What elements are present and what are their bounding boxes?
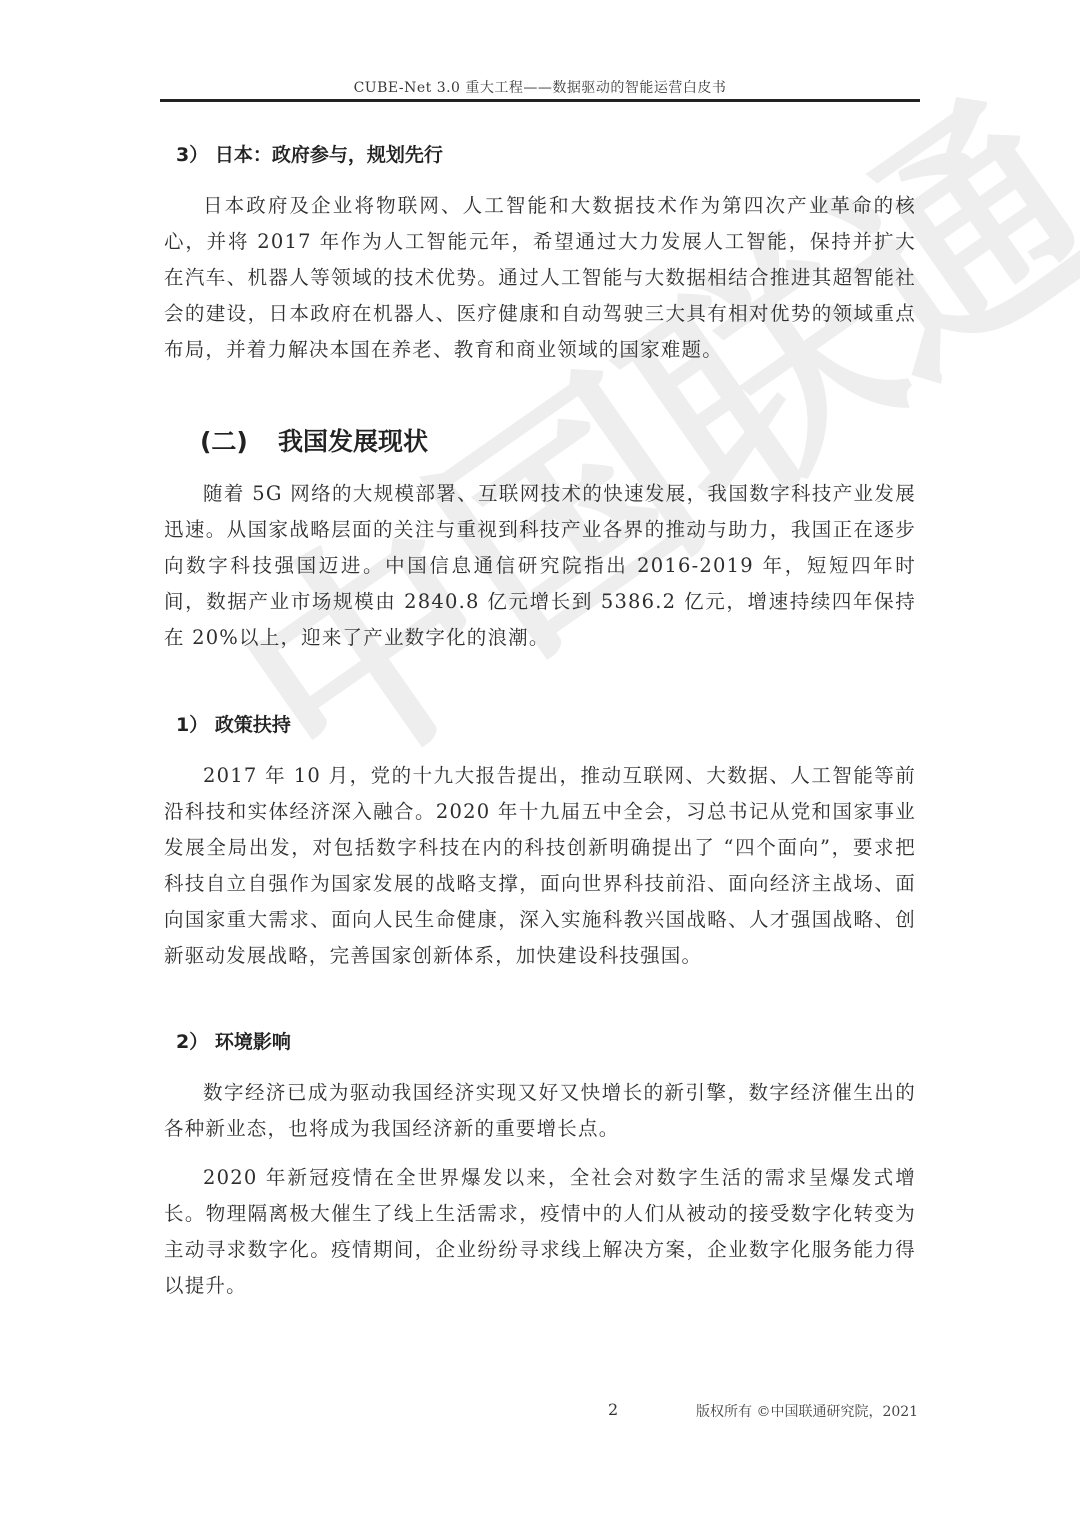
subsection-heading-environment: 2） 环境影响 (176, 1027, 291, 1054)
copyright-notice: 版权所有 ©中国联通研究院，2021 (696, 1401, 918, 1421)
paragraph-environment-1: 数字经济已成为驱动我国经济实现又好又快增长的新引擎，数字经济催生出的各种新业态，… (164, 1075, 916, 1147)
paragraph-chapter-intro: 随着 5G 网络的大规模部署、互联网技术的快速发展，我国数字科技产业发展迅速。从… (164, 476, 916, 656)
subsection-heading-policy: 1） 政策扶持 (176, 710, 291, 737)
page-number: 2 (608, 1400, 618, 1419)
chapter-title: 我国发展现状 (278, 427, 428, 456)
chapter-heading: (二)我国发展现状 (200, 422, 428, 458)
paragraph-policy: 2017 年 10 月，党的十九大报告提出，推动互联网、大数据、人工智能等前沿科… (164, 758, 916, 974)
document-page: 中国联通 CUBE-Net 3.0 重大工程——数据驱动的智能运营白皮书 3） … (0, 0, 1080, 1527)
paragraph-environment-2: 2020 年新冠疫情在全世界爆发以来，全社会对数字生活的需求呈爆发式增长。物理隔… (164, 1160, 916, 1304)
paragraph-japan: 日本政府及企业将物联网、人工智能和大数据技术作为第四次产业革命的核心，并将 20… (164, 188, 916, 368)
header-divider (160, 99, 920, 102)
running-header: CUBE-Net 3.0 重大工程——数据驱动的智能运营白皮书 (160, 77, 920, 97)
chapter-number: (二) (200, 422, 278, 458)
section-heading-japan: 3） 日本：政府参与，规划先行 (176, 140, 443, 167)
